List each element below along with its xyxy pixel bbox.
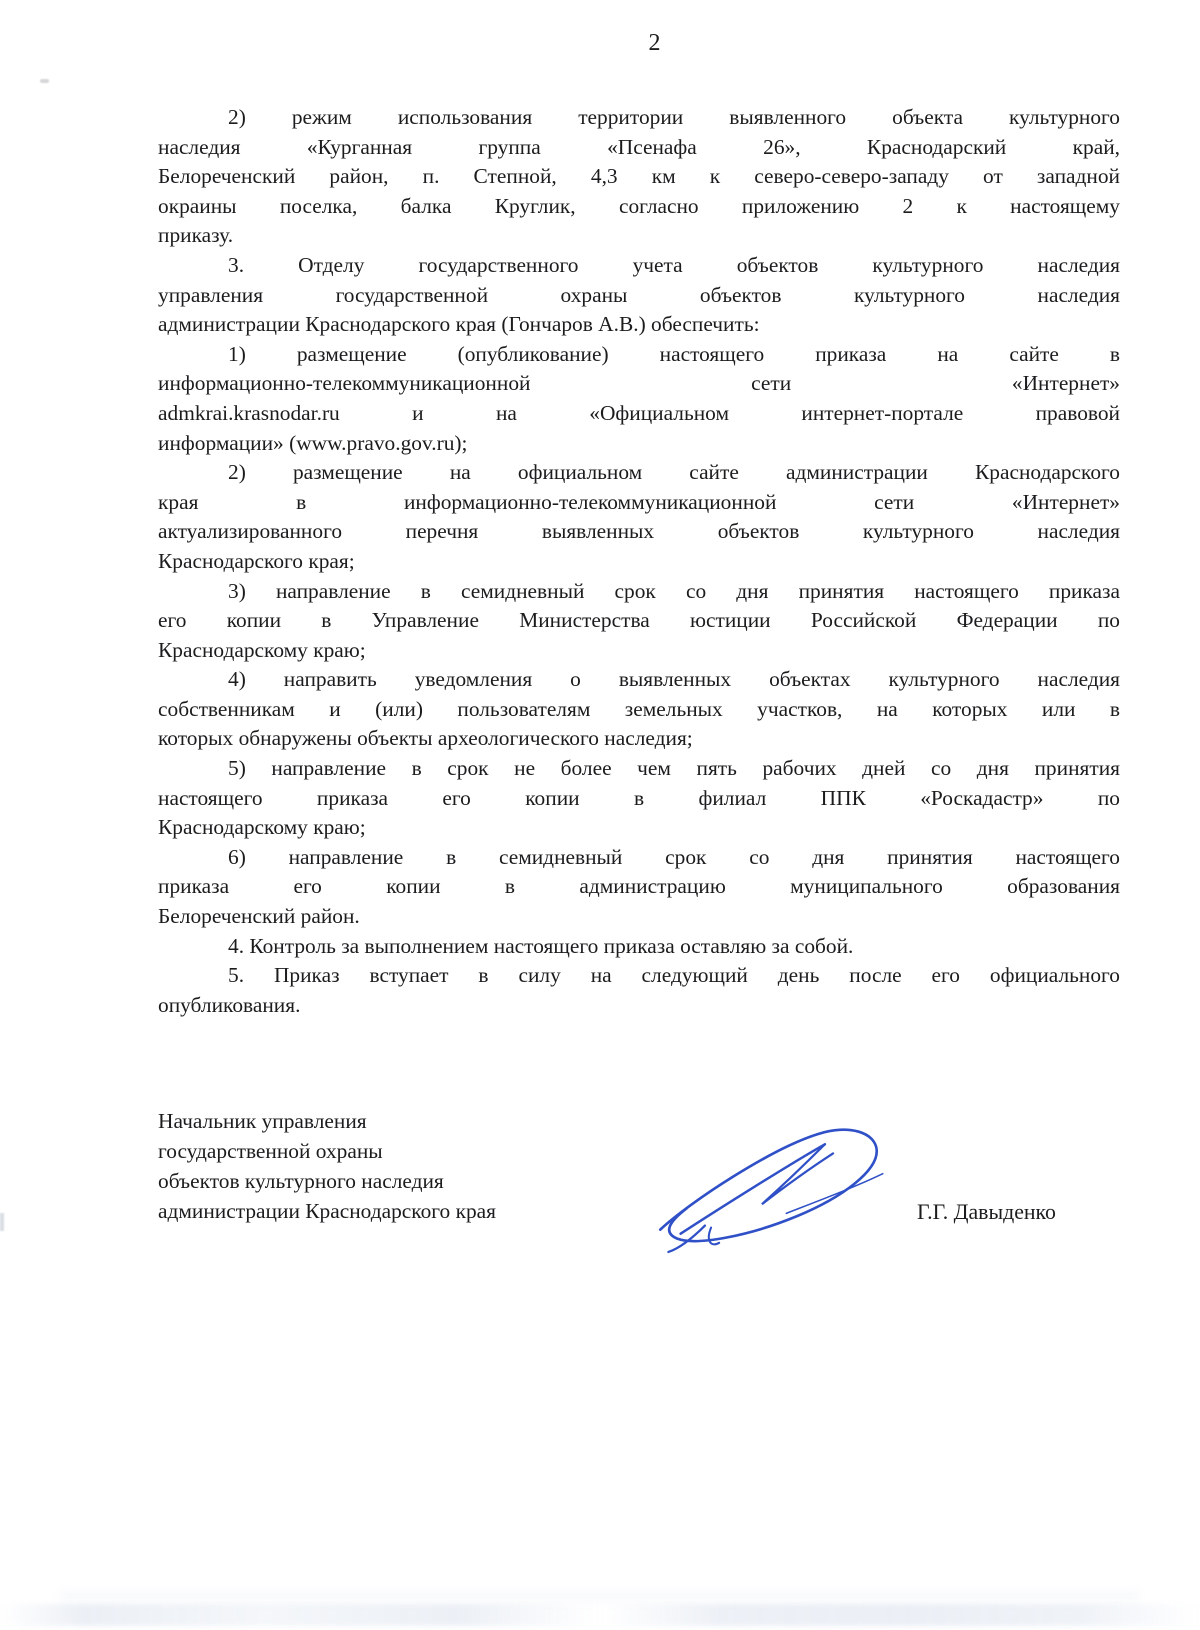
page-number: 2	[0, 30, 1200, 57]
text-line: его копии в Управление Министерства юсти…	[158, 606, 1120, 636]
text-line: информации» (www.pravo.gov.ru);	[158, 429, 1120, 459]
paragraph: 5) направление в срок не более чем пять …	[158, 754, 1120, 843]
text-line: Краснодарскому краю;	[158, 813, 1120, 843]
signature-upstroke	[681, 1144, 825, 1233]
text-line: собственникам и (или) пользователям земе…	[158, 695, 1120, 725]
paragraph: 6) направление в семидневный срок со дня…	[158, 843, 1120, 932]
handwritten-signature	[652, 1128, 886, 1254]
document-body: 2) режим использования территории выявле…	[158, 103, 1120, 1020]
text-line: 4) направить уведомления о выявленных об…	[158, 665, 1120, 695]
paragraph: 3) направление в семидневный срок со дня…	[158, 577, 1120, 666]
signature-tail	[786, 1174, 883, 1214]
text-line: опубликования.	[158, 991, 1120, 1021]
scan-edge-mark	[0, 1213, 4, 1231]
text-line: 4. Контроль за выполнением настоящего пр…	[158, 932, 1120, 962]
text-line: 2) режим использования территории выявле…	[158, 103, 1120, 133]
scan-speck	[40, 79, 49, 83]
paragraph: 1) размещение (опубликование) настоящего…	[158, 340, 1120, 458]
signatory-title: Начальник управления государственной охр…	[158, 1106, 496, 1226]
text-line: администрации Краснодарского края (Гонча…	[158, 310, 1120, 340]
text-line: Краснодарскому краю;	[158, 636, 1120, 666]
signature-outer-loop	[660, 1130, 876, 1241]
text-line: 6) направление в семидневный срок со дня…	[158, 843, 1120, 873]
text-line: Белореченский район.	[158, 902, 1120, 932]
text-line: информационно-телекоммуникационной сети …	[158, 369, 1120, 399]
text-line: 5. Приказ вступает в силу на следующий д…	[158, 961, 1120, 991]
text-line: 1) размещение (опубликование) настоящего…	[158, 340, 1120, 370]
text-line: Белореченский район, п. Степной, 4,3 км …	[158, 162, 1120, 192]
paragraph: 2) режим использования территории выявле…	[158, 103, 1120, 251]
text-line: 3) направление в семидневный срок со дня…	[158, 577, 1120, 607]
signature-descender-loop	[709, 1228, 719, 1245]
text-line: которых обнаружены объекты археологическ…	[158, 724, 1120, 754]
text-line: управления государственной охраны объект…	[158, 281, 1120, 311]
paragraph: 4. Контроль за выполнением настоящего пр…	[158, 932, 1120, 962]
text-line: актуализированного перечня выявленных об…	[158, 517, 1120, 547]
paragraph: 5. Приказ вступает в силу на следующий д…	[158, 961, 1120, 1020]
text-line: 2) размещение на официальном сайте админ…	[158, 458, 1120, 488]
text-line: приказу.	[158, 221, 1120, 251]
text-line: admkrai.krasnodar.ru и на «Официальном и…	[158, 399, 1120, 429]
scan-smudge-bottom-faint	[60, 1590, 1140, 1602]
text-line: приказа его копии в администрацию муници…	[158, 872, 1120, 902]
text-line: окраины поселка, балка Круглик, согласно…	[158, 192, 1120, 222]
document-page: 2 2) режим использования территории выяв…	[0, 0, 1200, 1630]
text-line: 3. Отделу государственного учета объекто…	[158, 251, 1120, 281]
scan-smudge-bottom	[0, 1604, 1200, 1626]
paragraph: 2) размещение на официальном сайте админ…	[158, 458, 1120, 576]
text-line: настоящего приказа его копии в филиал ПП…	[158, 784, 1120, 814]
paragraph: 3. Отделу государственного учета объекто…	[158, 251, 1120, 340]
text-line: Краснодарского края;	[158, 547, 1120, 577]
text-line: наследия «Курганная группа «Псенафа 26»,…	[158, 133, 1120, 163]
signatory-name: Г.Г. Давыденко	[917, 1200, 1056, 1225]
text-line: края в информационно-телекоммуникационно…	[158, 488, 1120, 518]
paragraph: 4) направить уведомления о выявленных об…	[158, 665, 1120, 754]
text-line: 5) направление в срок не более чем пять …	[158, 754, 1120, 784]
